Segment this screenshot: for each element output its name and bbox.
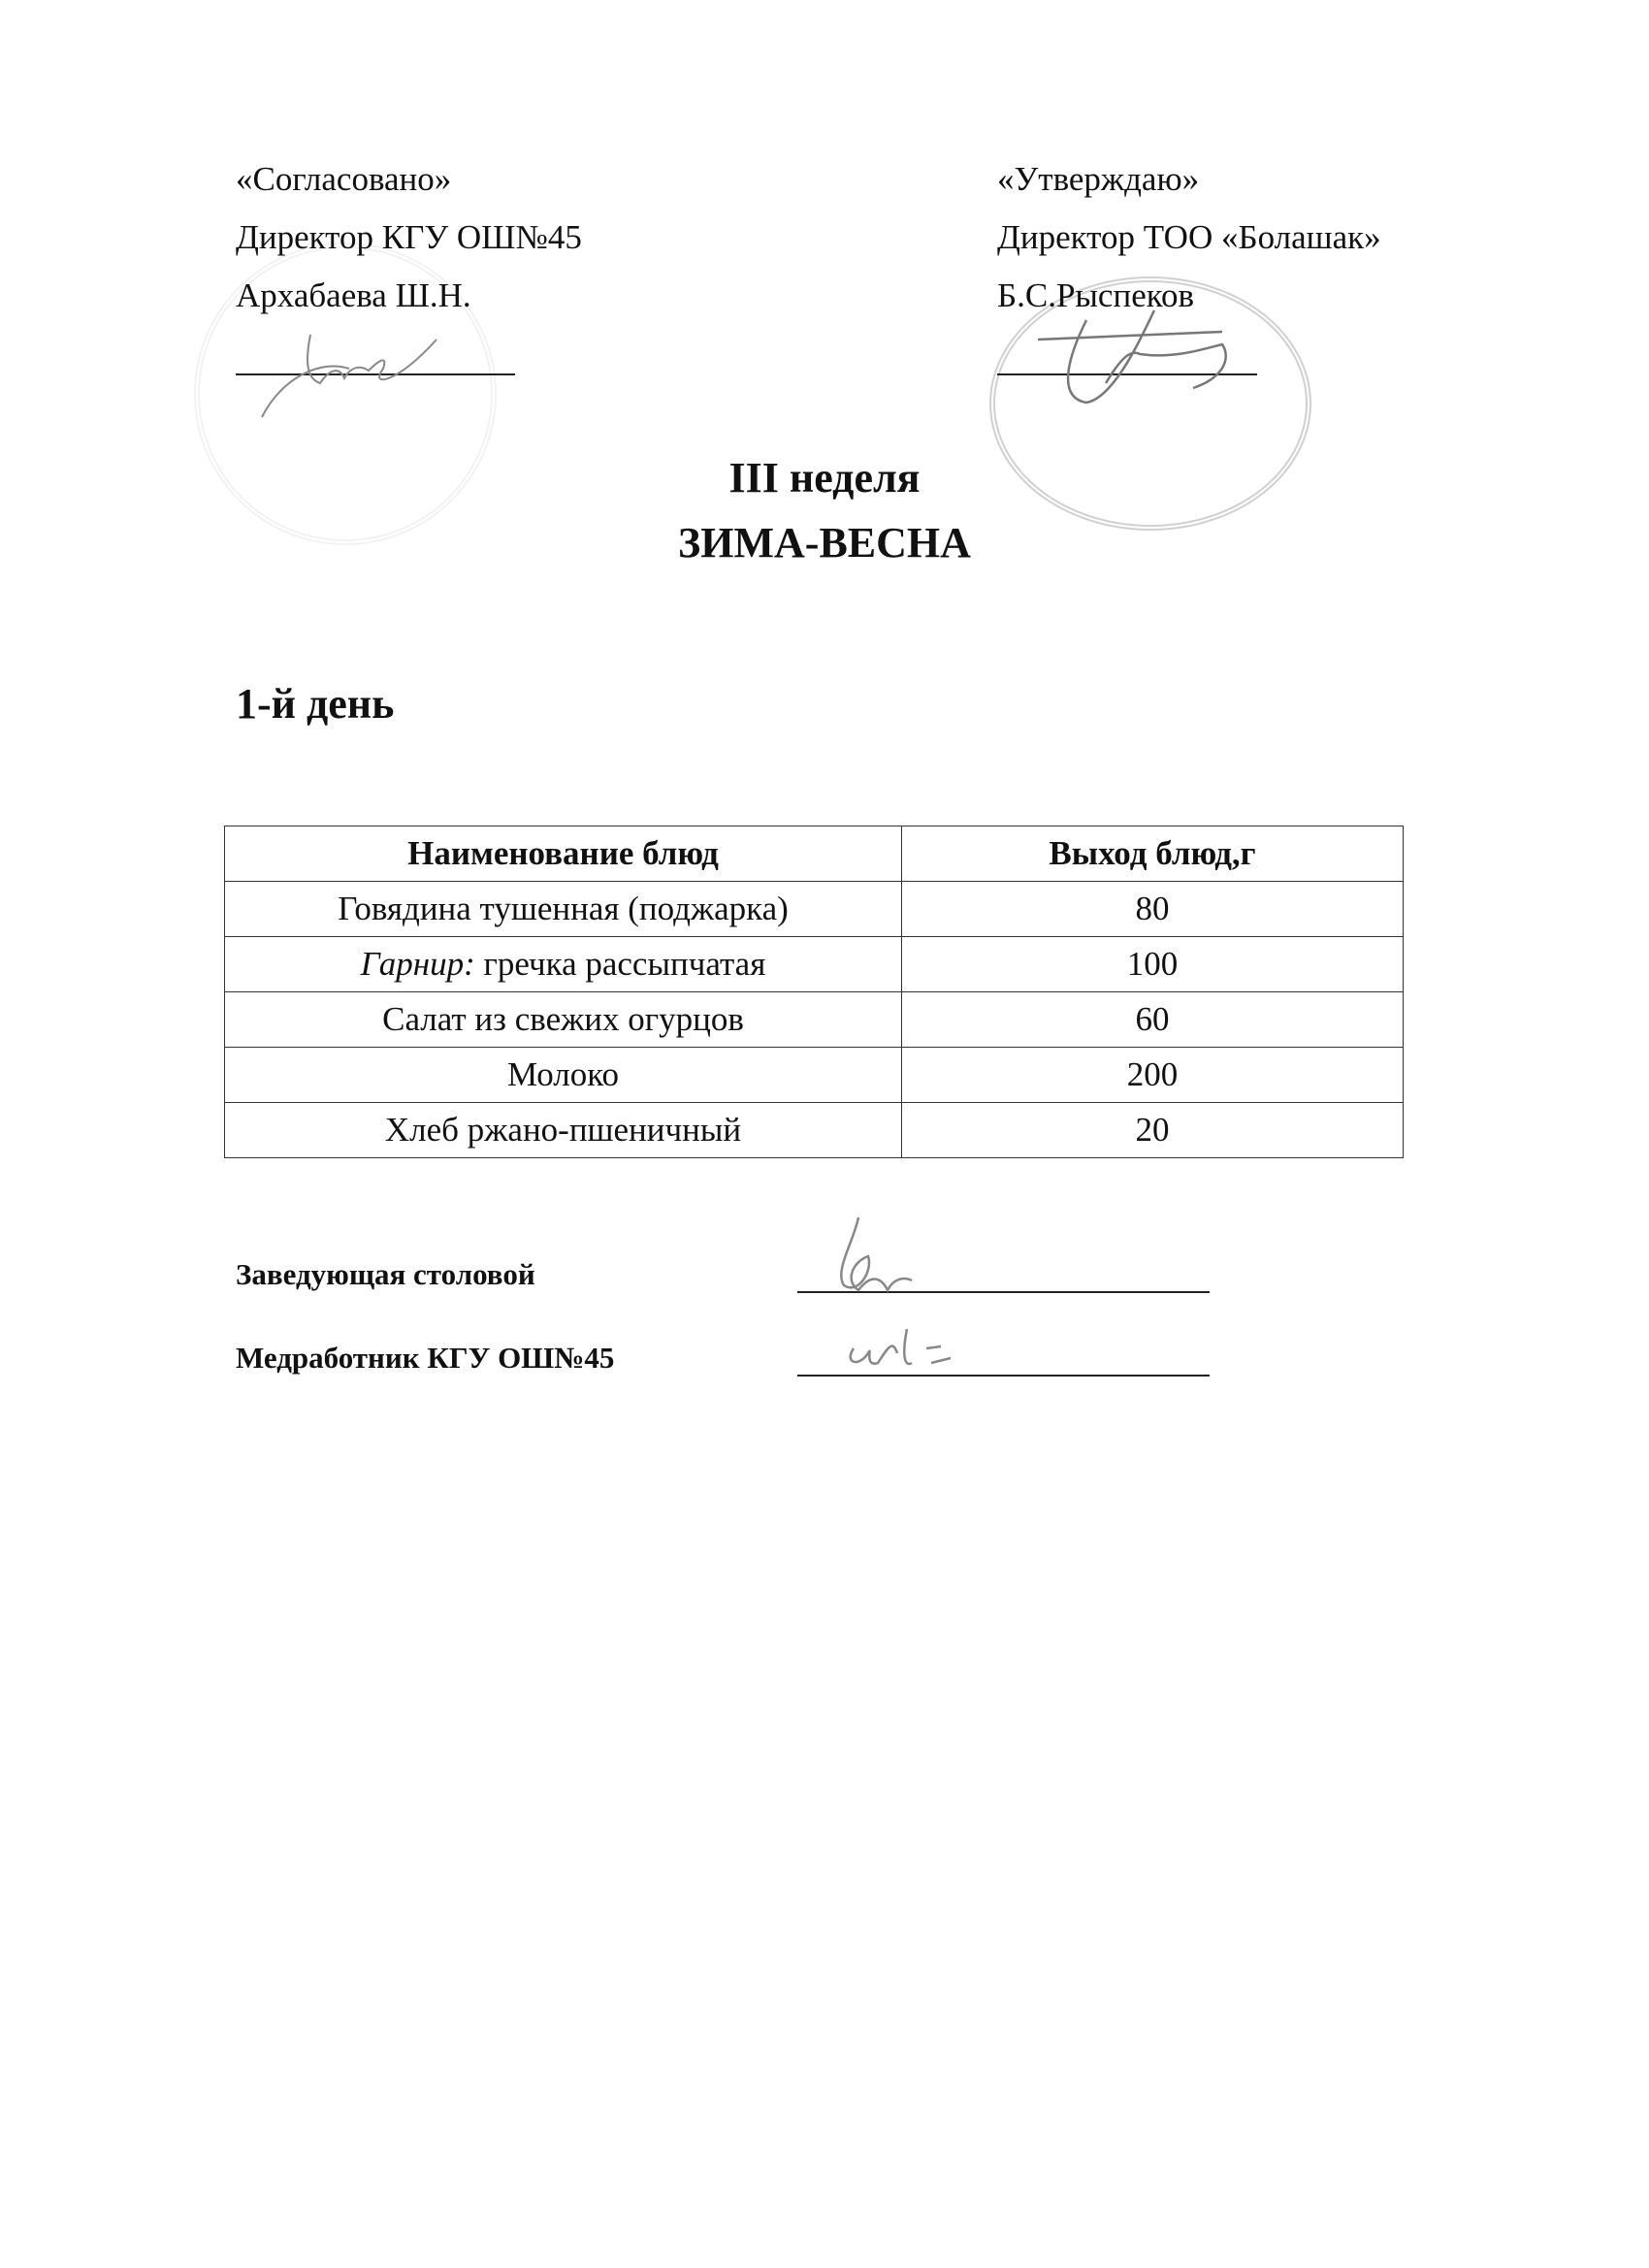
dish-name: Говядина тушенная (поджарка) <box>225 882 902 937</box>
table-row: Говядина тушенная (поджарка) 80 <box>225 882 1404 937</box>
dish-prefix: Гарнир: <box>361 945 475 983</box>
dish-name-text: Салат из свежих огурцов <box>382 1000 744 1038</box>
dish-name-text: Молоко <box>507 1055 619 1093</box>
table-header-row: Наименование блюд Выход блюд,г <box>225 826 1404 882</box>
dish-name-text: Хлеб ржано-пшеничный <box>385 1111 741 1149</box>
approval-right-signature-icon <box>1028 291 1261 417</box>
approval-right-heading: «Утверждаю» <box>997 157 1199 201</box>
dish-name-text: Говядина тушенная (поджарка) <box>338 890 789 927</box>
table-row: Молоко 200 <box>225 1048 1404 1103</box>
canteen-head-label: Заведующая столовой <box>236 1257 535 1292</box>
menu-table: Наименование блюд Выход блюд,г Говядина … <box>224 826 1404 1158</box>
approval-left-position: Директор КГУ ОШ№45 <box>236 215 582 259</box>
approval-left-signature-icon <box>252 310 485 427</box>
table-row: Салат из свежих огурцов 60 <box>225 992 1404 1048</box>
day-heading: 1-й день <box>236 679 394 729</box>
dish-name: Салат из свежих огурцов <box>225 992 902 1048</box>
approval-right-position: Директор ТОО «Болашак» <box>997 215 1381 259</box>
table-row: Хлеб ржано-пшеничный 20 <box>225 1103 1404 1158</box>
medical-worker-label: Медработник КГУ ОШ№45 <box>236 1341 614 1376</box>
dish-yield: 100 <box>902 937 1404 992</box>
dish-name: Молоко <box>225 1048 902 1103</box>
dish-yield: 60 <box>902 992 1404 1048</box>
dish-name: Гарнир: гречка рассыпчатая <box>225 937 902 992</box>
dish-yield: 200 <box>902 1048 1404 1103</box>
dish-name-text: гречка рассыпчатая <box>475 945 766 983</box>
week-title: III неделя <box>0 454 1649 502</box>
table-row: Гарнир: гречка рассыпчатая 100 <box>225 937 1404 992</box>
medical-worker-signature-icon <box>834 1310 1028 1387</box>
approval-left-heading: «Согласовано» <box>236 157 451 201</box>
canteen-head-signature-icon <box>815 1213 970 1319</box>
dish-name: Хлеб ржано-пшеничный <box>225 1103 902 1158</box>
header-yield: Выход блюд,г <box>902 826 1404 882</box>
dish-yield: 20 <box>902 1103 1404 1158</box>
season-title: ЗИМА-ВЕСНА <box>0 519 1649 567</box>
dish-yield: 80 <box>902 882 1404 937</box>
header-dish-name: Наименование блюд <box>225 826 902 882</box>
